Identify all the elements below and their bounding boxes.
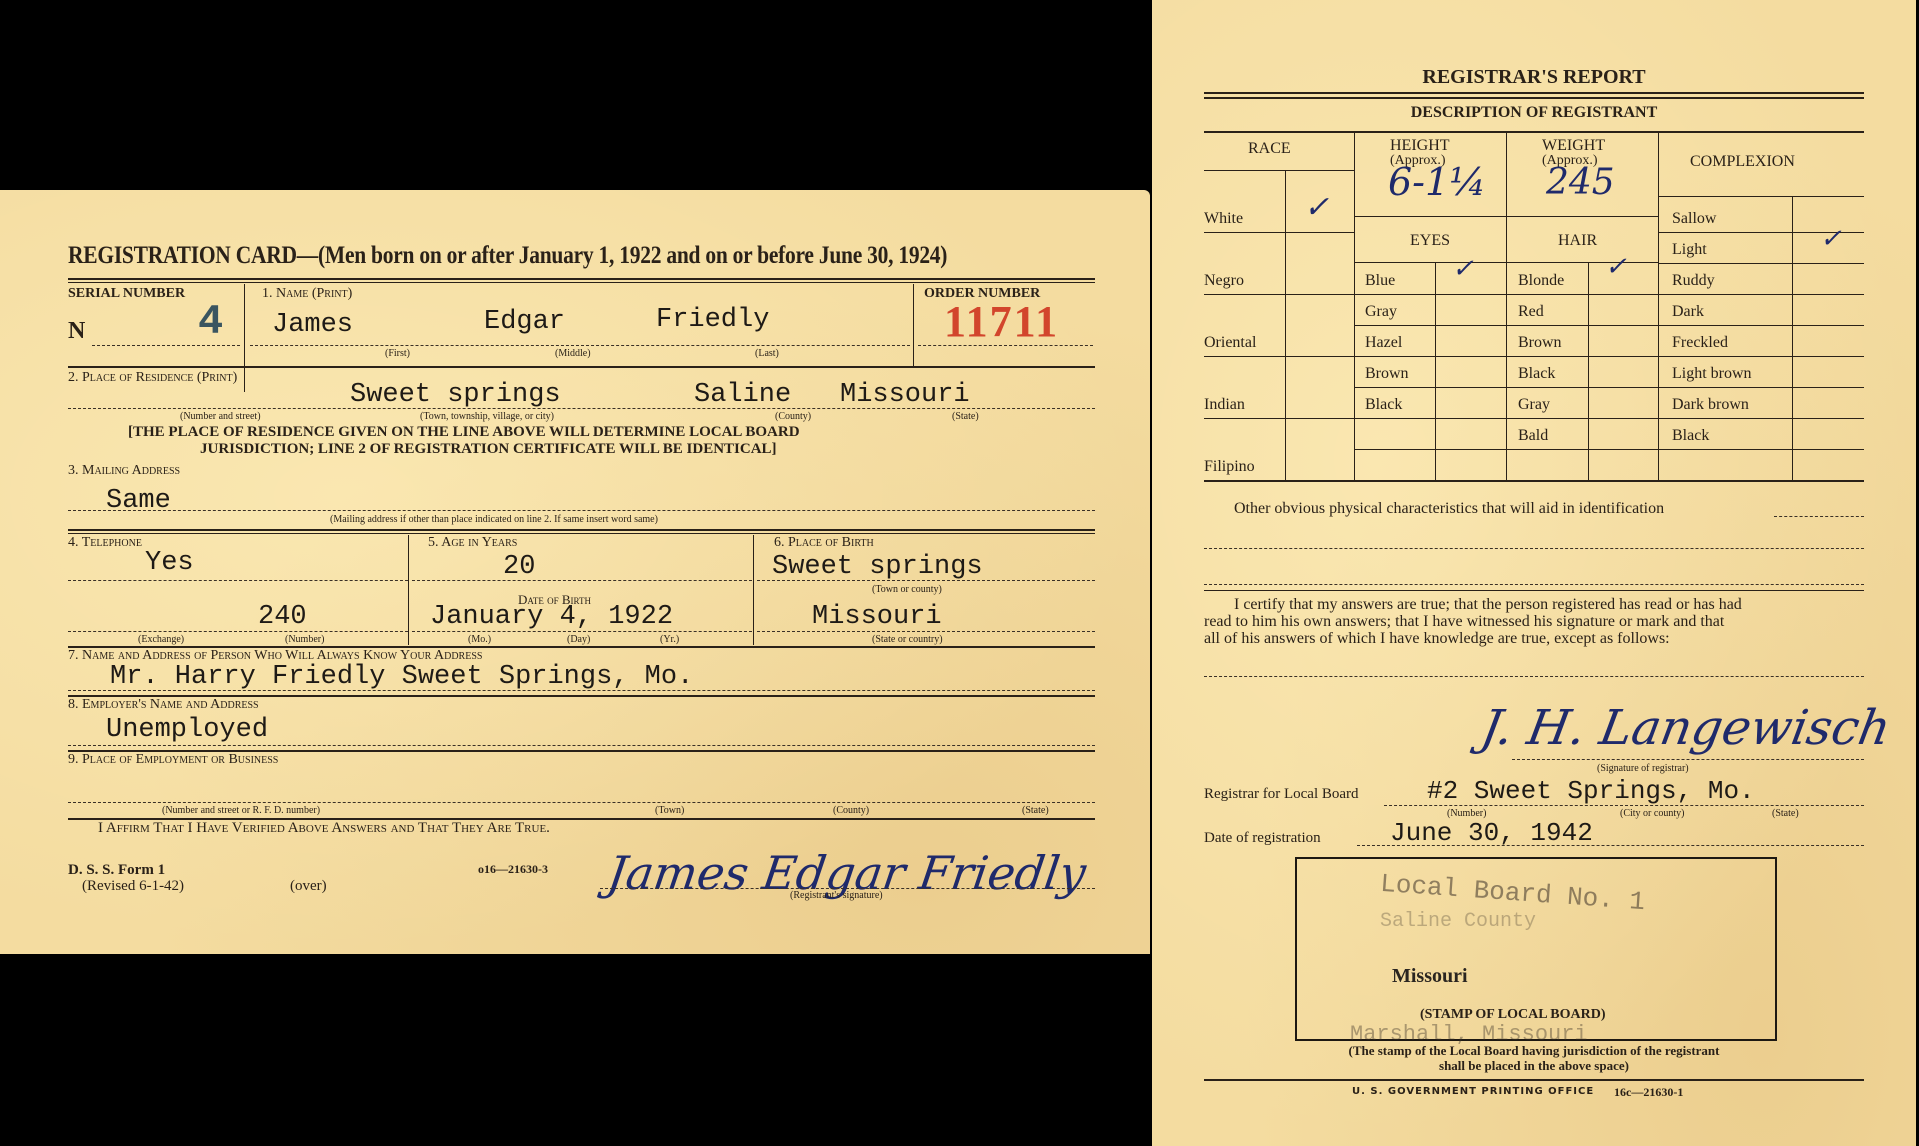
residence-notice-1: [THE PLACE OF RESIDENCE GIVEN ON THE LIN… bbox=[128, 424, 800, 441]
serial-prefix: N bbox=[68, 318, 85, 345]
serial-number-value: 4 bbox=[198, 298, 223, 346]
weight-value: 245 bbox=[1546, 162, 1615, 203]
complexion-dark: Dark bbox=[1672, 303, 1704, 321]
birthplace-state: Missouri bbox=[812, 602, 942, 632]
printer-code: 16c—21630-1 bbox=[1614, 1085, 1683, 1100]
other-characteristics-label: Other obvious physical characteristics t… bbox=[1234, 500, 1664, 518]
eyes-header: EYES bbox=[1410, 232, 1450, 250]
birthplace-town: Sweet springs bbox=[772, 552, 983, 582]
complexion-black: Black bbox=[1672, 427, 1709, 445]
caption-year: (Yr.) bbox=[660, 634, 679, 645]
residence-county: Saline bbox=[694, 380, 791, 410]
contact-value: Mr. Harry Friedly Sweet Springs, Mo. bbox=[110, 662, 693, 692]
hair-gray: Gray bbox=[1518, 396, 1550, 414]
affirmation-text: I Affirm That I Have Verified Above Answ… bbox=[98, 820, 550, 837]
name-label: 1. Name (Print) bbox=[262, 286, 352, 302]
caption-board-city: (City or county) bbox=[1620, 808, 1684, 819]
race-filipino: Filipino bbox=[1204, 458, 1255, 476]
form-name: D. S. S. Form 1 bbox=[68, 862, 165, 879]
residence-notice-2: JURISDICTION; LINE 2 OF REGISTRATION CER… bbox=[200, 441, 777, 458]
complexion-light-check-icon: ✓ bbox=[1820, 224, 1842, 254]
order-number-value: 11711 bbox=[944, 296, 1059, 347]
eyes-gray: Gray bbox=[1365, 303, 1397, 321]
certify-line-2: read to him his own answers; that I have… bbox=[1204, 613, 1724, 631]
hair-blonde-check-icon: ✓ bbox=[1605, 252, 1627, 282]
eyes-hazel: Hazel bbox=[1365, 334, 1402, 352]
hair-bald: Bald bbox=[1518, 427, 1548, 445]
complexion-sallow: Sallow bbox=[1672, 210, 1716, 228]
complexion-header: COMPLEXION bbox=[1690, 153, 1795, 171]
registration-card-front: REGISTRATION CARD—(Men born on or after … bbox=[0, 190, 1150, 954]
registration-date-value: June 30, 1942 bbox=[1390, 818, 1593, 848]
eyes-blue: Blue bbox=[1365, 272, 1395, 290]
name-middle: Edgar bbox=[484, 307, 565, 337]
stamp-caption: (STAMP OF LOCAL BOARD) bbox=[1420, 1007, 1606, 1023]
stamp-note-2: shall be placed in the above space) bbox=[1152, 1058, 1916, 1074]
description-subtitle: DESCRIPTION OF REGISTRANT bbox=[1152, 104, 1916, 122]
race-negro: Negro bbox=[1204, 272, 1244, 290]
caption-employment-town: (Town) bbox=[655, 805, 684, 816]
name-first: James bbox=[272, 310, 353, 340]
caption-street: (Number and street) bbox=[180, 411, 261, 422]
over-note: (over) bbox=[290, 878, 327, 895]
registrars-report-title: REGISTRAR'S REPORT bbox=[1152, 66, 1916, 89]
caption-employment-state: (State) bbox=[1022, 805, 1049, 816]
card-title: REGISTRATION CARD—(Men born on or after … bbox=[68, 242, 947, 270]
name-last: Friedly bbox=[656, 305, 769, 335]
caption-county: (County) bbox=[775, 411, 811, 422]
employer-value: Unemployed bbox=[106, 715, 268, 745]
complexion-freckled: Freckled bbox=[1672, 334, 1728, 352]
printer-label: U. S. GOVERNMENT PRINTING OFFICE bbox=[1352, 1086, 1594, 1097]
registration-card-back: REGISTRAR'S REPORT DESCRIPTION OF REGIST… bbox=[1152, 0, 1916, 1146]
birthplace-town-caption: (Town or county) bbox=[872, 584, 942, 595]
eyes-blue-check-icon: ✓ bbox=[1452, 254, 1474, 284]
hair-blonde: Blonde bbox=[1518, 272, 1564, 290]
race-indian: Indian bbox=[1204, 396, 1245, 414]
local-board-value: #2 Sweet Springs, Mo. bbox=[1427, 776, 1755, 806]
eyes-brown: Brown bbox=[1365, 365, 1409, 383]
telephone-label: 4. Telephone bbox=[68, 535, 142, 551]
race-white-check-icon: ✓ bbox=[1304, 190, 1329, 225]
caption-employment-street: (Number and street or R. F. D. number) bbox=[162, 805, 320, 816]
residence-state: Missouri bbox=[840, 380, 970, 410]
employer-label: 8. Employer's Name and Address bbox=[68, 697, 259, 713]
dob-value: January 4, 1922 bbox=[430, 602, 673, 632]
mailing-value: Same bbox=[106, 486, 171, 516]
complexion-light: Light bbox=[1672, 241, 1707, 259]
stamp-state: Missouri bbox=[1392, 965, 1468, 988]
registration-date-label: Date of registration bbox=[1204, 830, 1321, 847]
height-value: 6-1¼ bbox=[1388, 160, 1486, 204]
caption-first: (First) bbox=[385, 348, 410, 359]
race-oriental: Oriental bbox=[1204, 334, 1256, 352]
telephone-value: Yes bbox=[145, 548, 194, 578]
stamp-note-1: (The stamp of the Local Board having jur… bbox=[1152, 1043, 1916, 1059]
caption-number: (Number) bbox=[285, 634, 324, 645]
stamp-line-2: Saline County bbox=[1380, 910, 1536, 933]
form-revised: (Revised 6-1-42) bbox=[82, 878, 184, 895]
caption-month: (Mo.) bbox=[468, 634, 491, 645]
eyes-black: Black bbox=[1365, 396, 1402, 414]
hair-header: HAIR bbox=[1558, 232, 1597, 250]
complexion-dark-brown: Dark brown bbox=[1672, 396, 1749, 414]
residence-label: 2. Place of Residence (Print) bbox=[68, 370, 237, 386]
complexion-light-brown: Light brown bbox=[1672, 365, 1752, 383]
registrar-signature-caption: (Signature of registrar) bbox=[1597, 763, 1689, 774]
caption-state: (State) bbox=[952, 411, 979, 422]
caption-day: (Day) bbox=[567, 634, 590, 645]
complexion-ruddy: Ruddy bbox=[1672, 272, 1715, 290]
caption-exchange: (Exchange) bbox=[138, 634, 184, 645]
caption-last: (Last) bbox=[755, 348, 779, 359]
telephone-number: 240 bbox=[258, 602, 307, 632]
hair-red: Red bbox=[1518, 303, 1544, 321]
birthplace-state-caption: (State or country) bbox=[872, 634, 943, 645]
local-board-label: Registrar for Local Board bbox=[1204, 786, 1359, 803]
employment-label: 9. Place of Employment or Business bbox=[68, 752, 278, 768]
hair-black: Black bbox=[1518, 365, 1555, 383]
form-code: o16—21630-3 bbox=[478, 862, 548, 877]
birthplace-label: 6. Place of Birth bbox=[774, 535, 874, 551]
caption-employment-county: (County) bbox=[833, 805, 869, 816]
residence-town: Sweet springs bbox=[350, 380, 561, 410]
caption-board-state: (State) bbox=[1772, 808, 1799, 819]
race-white: White bbox=[1204, 210, 1243, 228]
mailing-caption: (Mailing address if other than place ind… bbox=[330, 514, 658, 525]
registrar-signature: J. H. Langewisch bbox=[1477, 700, 1895, 756]
certify-line-1: I certify that my answers are true; that… bbox=[1234, 596, 1742, 614]
age-label: 5. Age in Years bbox=[428, 535, 517, 551]
hair-brown: Brown bbox=[1518, 334, 1562, 352]
signature-caption: (Registrant's signature) bbox=[790, 890, 883, 901]
serial-number-label: SERIAL NUMBER bbox=[68, 286, 185, 302]
age-value: 20 bbox=[503, 552, 535, 582]
caption-town: (Town, township, village, or city) bbox=[420, 411, 554, 422]
race-header: RACE bbox=[1248, 140, 1291, 158]
certify-line-3: all of his answers of which I have knowl… bbox=[1204, 630, 1670, 648]
caption-middle: (Middle) bbox=[555, 348, 591, 359]
mailing-label: 3. Mailing Address bbox=[68, 463, 180, 479]
